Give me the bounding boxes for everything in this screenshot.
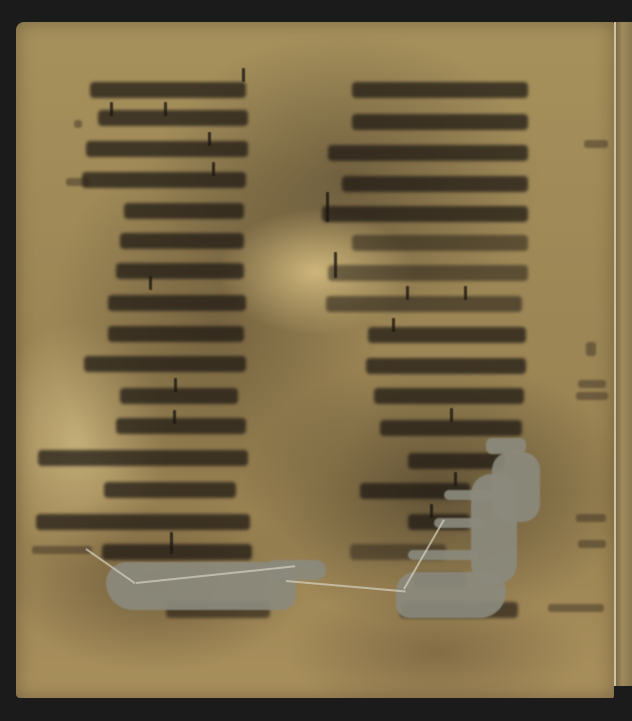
marginal-note <box>578 540 606 548</box>
ascender-stroke <box>173 410 176 424</box>
text-line <box>326 296 522 312</box>
text-line <box>98 110 248 126</box>
text-line <box>108 295 246 311</box>
text-line <box>352 82 528 98</box>
text-line <box>352 114 528 130</box>
ascender-stroke <box>392 318 395 332</box>
text-line <box>90 82 246 98</box>
repaired-tear <box>492 452 540 522</box>
text-line <box>82 172 246 188</box>
text-line <box>374 388 524 404</box>
marginal-note <box>32 546 92 554</box>
text-line <box>408 453 504 469</box>
text-line <box>328 145 528 161</box>
marginal-note <box>66 178 90 186</box>
ascender-stroke <box>149 276 152 290</box>
ascender-stroke <box>450 408 453 422</box>
marginal-note <box>578 380 606 388</box>
text-line <box>104 482 236 498</box>
text-line <box>380 420 522 436</box>
ascender-stroke <box>454 472 457 486</box>
manuscript-page <box>16 22 614 698</box>
text-line <box>116 418 246 434</box>
marginal-note <box>74 120 82 128</box>
ascender-stroke <box>464 286 467 300</box>
repaired-tear <box>486 438 526 454</box>
ascender-stroke <box>212 162 215 176</box>
text-line <box>84 356 246 372</box>
repaired-tear <box>444 490 494 500</box>
text-line <box>328 265 528 281</box>
text-line <box>86 141 248 157</box>
parchment-crack <box>286 580 406 592</box>
marginal-note <box>584 140 608 148</box>
ascender-stroke <box>174 378 177 392</box>
ascender-stroke <box>164 102 167 116</box>
text-line <box>116 263 244 279</box>
ascender-stroke <box>406 286 409 300</box>
text-line <box>120 233 244 249</box>
ascender-stroke <box>326 192 329 222</box>
text-line <box>322 206 528 222</box>
text-line <box>342 176 528 192</box>
marginal-note <box>586 342 596 356</box>
ascender-stroke <box>430 504 433 518</box>
binding-strip <box>614 22 632 686</box>
repaired-tear <box>408 550 478 560</box>
text-line <box>36 514 250 530</box>
repaired-tear <box>266 560 326 580</box>
ascender-stroke <box>170 532 173 554</box>
text-line <box>124 203 244 219</box>
text-line <box>102 544 252 560</box>
marginal-note <box>576 392 608 400</box>
ascender-stroke <box>208 132 211 146</box>
ascender-stroke <box>242 68 245 82</box>
text-line <box>352 235 528 251</box>
text-line <box>38 450 248 466</box>
marginal-note <box>576 514 606 522</box>
text-line <box>120 388 238 404</box>
text-line <box>108 326 244 342</box>
ascender-stroke <box>334 252 337 278</box>
marginal-note <box>548 604 604 612</box>
ascender-stroke <box>110 102 113 116</box>
text-line <box>366 358 526 374</box>
